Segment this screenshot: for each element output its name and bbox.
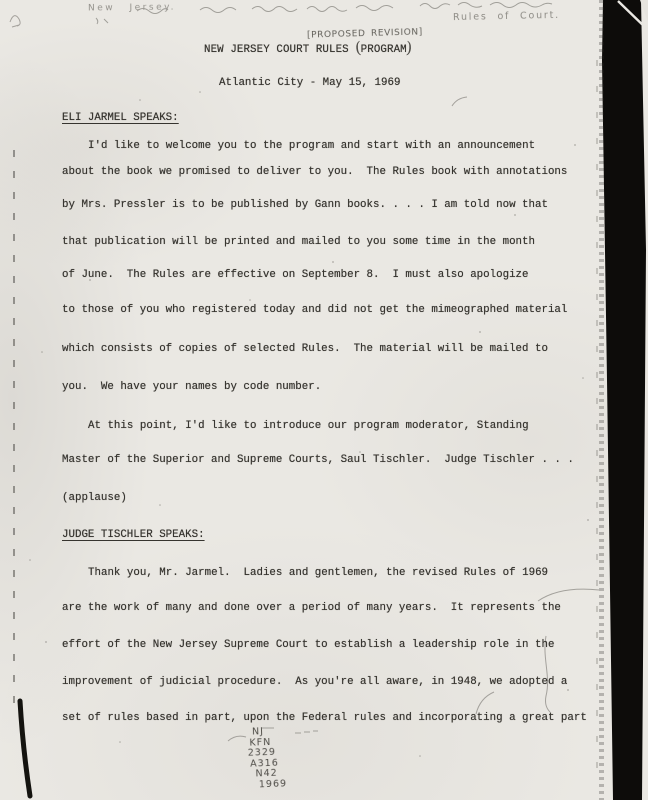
typed-line: about the book we promised to deliver to… <box>62 166 567 179</box>
speaker-heading-jarmel: ELI JARMEL SPEAKS: <box>62 112 179 125</box>
document-title: NEW JERSEY COURT RULES (PROGRAM) <box>204 40 412 57</box>
binding-shadow-band <box>602 0 648 800</box>
typed-line: that publication will be printed and mai… <box>62 236 535 249</box>
typed-line: At this point, I'd like to introduce our… <box>88 420 529 433</box>
page-edge-crease-left <box>13 150 15 705</box>
speaker-heading-tischler: JUDGE TISCHLER SPEAKS: <box>62 529 205 542</box>
typed-line: which consists of copies of selected Rul… <box>62 343 548 356</box>
title-prefix: NEW JERSEY COURT RULES <box>204 44 355 56</box>
binding-band-fringe <box>599 0 604 800</box>
handwritten-call-number: NJ KFN 2329 A316 N42 1969 <box>249 726 287 791</box>
typed-line: to those of you who registered today and… <box>62 304 567 317</box>
call-number-line: 1969 <box>259 779 288 791</box>
typed-line: you. We have your names by code number. <box>62 381 321 394</box>
typed-line: are the work of many and done over a per… <box>62 602 561 615</box>
handwritten-proposed-revision: [PROPOSED REVISION] <box>307 27 423 40</box>
typed-line: by Mrs. Pressler is to be published by G… <box>62 199 548 212</box>
handwritten-note-top: New Jersey. <box>88 3 176 14</box>
fold-ink-stroke <box>20 701 30 796</box>
page-edge-crease-right <box>596 60 598 780</box>
hand-paren-open-mark: ( <box>355 41 362 55</box>
typed-line: I'd like to welcome you to the program a… <box>88 140 535 153</box>
typed-line: set of rules based in part, upon the Fed… <box>62 712 587 725</box>
handwritten-note-rules-of-court: Rules of Court. <box>453 10 560 23</box>
typed-line: of June. The Rules are effective on Sept… <box>62 269 529 282</box>
typed-line: improvement of judicial procedure. As yo… <box>62 676 567 689</box>
typed-line: Master of the Superior and Supreme Court… <box>62 454 574 467</box>
typed-line-applause: (applause) <box>62 492 127 505</box>
hand-paren-close-mark: ) <box>405 41 412 54</box>
scanned-document-page: New Jersey. Rules of Court. [PROPOSED RE… <box>0 0 648 800</box>
typed-line: Thank you, Mr. Jarmel. Ladies and gentle… <box>88 567 548 580</box>
typed-line: effort of the New Jersey Supreme Court t… <box>62 639 554 652</box>
document-dateline: Atlantic City - May 15, 1969 <box>219 77 400 90</box>
title-program-word: PROGRAM <box>361 44 407 56</box>
